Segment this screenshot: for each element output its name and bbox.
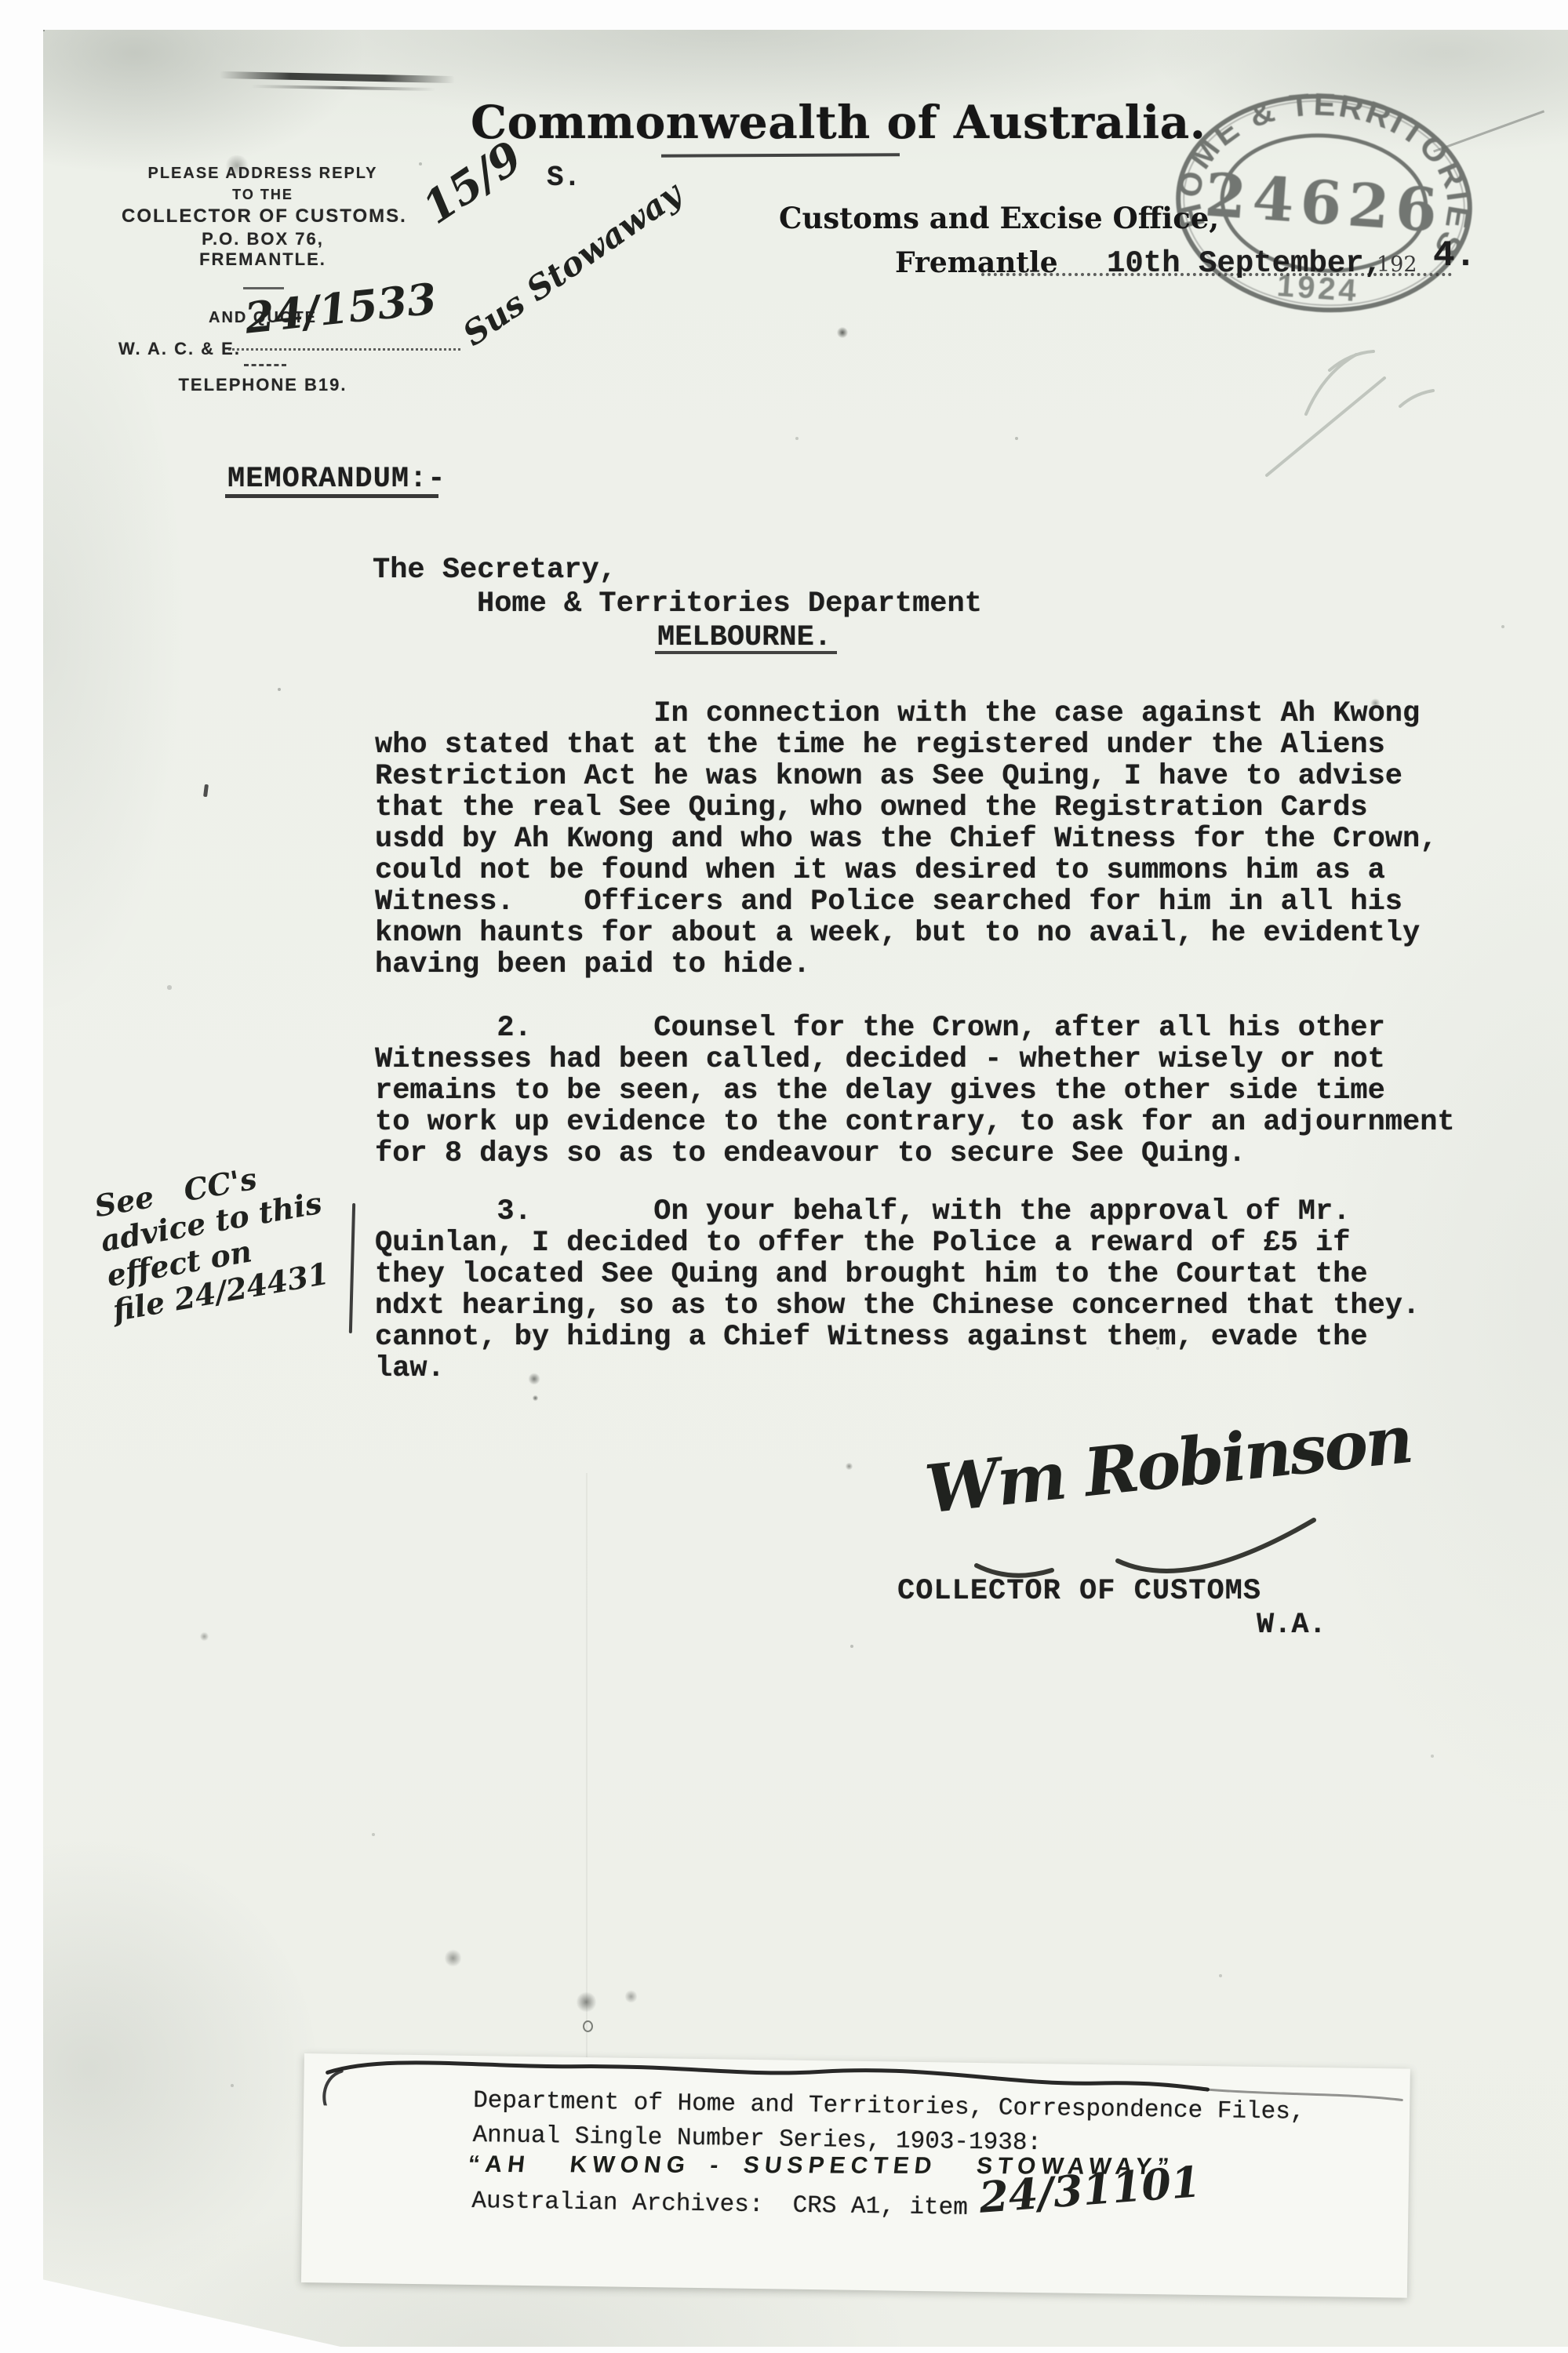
stamp-number: 24626 <box>1202 159 1446 245</box>
addressee-line-2: Home & Territories Department <box>477 587 982 620</box>
ink-ring <box>583 2020 593 2032</box>
reply-line-2: TO THE <box>122 187 404 203</box>
ink-tick <box>203 784 209 797</box>
archive-caption-slip: Department of Home and Territories, Corr… <box>301 2053 1410 2298</box>
fold-line <box>586 1473 588 2100</box>
margin-note-handwritten: See CC's advice to this effect on file 2… <box>92 1150 337 1328</box>
body-paragraph-2: 2. Counsel for the Crown, after all his … <box>375 1013 1455 1169</box>
quote-prefix: W. A. C. & E. <box>118 339 241 359</box>
addressee-line-3: MELBOURNE. <box>657 621 831 654</box>
scan-noise-specks <box>43 30 45 31</box>
ink-dot <box>533 1395 538 1402</box>
signoff-region: W.A. <box>1257 1609 1326 1642</box>
telephone-line: TELEPHONE B19. <box>122 375 404 395</box>
ink-dot <box>200 1631 209 1642</box>
date-typed: 10th September, <box>1107 246 1382 281</box>
addressee-underline <box>655 651 837 654</box>
ink-dot <box>846 1462 853 1471</box>
series-mark: S. <box>547 162 580 194</box>
place-line: Fremantle <box>895 246 1058 279</box>
reply-line-4: P.O. BOX 76, <box>122 229 404 249</box>
office-line: Customs and Excise Office, <box>779 201 1219 235</box>
ink-streak <box>220 71 455 83</box>
memo-underline <box>225 494 438 498</box>
reply-line-5: FREMANTLE. <box>122 249 404 270</box>
year-typed: 4. <box>1433 235 1476 276</box>
body-paragraph-1: In connection with the case against Ah K… <box>375 698 1437 980</box>
signoff-title: COLLECTOR OF CUSTOMS <box>897 1575 1261 1608</box>
signature-flourish <box>922 1489 1361 1583</box>
quote-dashes <box>244 353 286 366</box>
slip-line-4: Australian Archives: CRS A1, item <box>471 2188 968 2222</box>
year-printed: 192 <box>1377 253 1417 277</box>
body-paragraph-3: 3. On your behalf, with the approval of … <box>375 1196 1420 1384</box>
reply-line-1: PLEASE ADDRESS REPLY <box>122 165 404 183</box>
addressee-line-1: The Secretary, <box>373 554 617 587</box>
ink-smudge <box>625 1989 637 2004</box>
page-title: Commonwealth of Australia. <box>471 96 1106 149</box>
ink-dot <box>837 326 848 339</box>
reply-line-3: COLLECTOR OF CUSTOMS. <box>122 205 404 227</box>
title-rule <box>661 153 900 157</box>
ink-smudge <box>445 1948 461 1968</box>
paper-sheet: Commonwealth of Australia. S. Customs an… <box>43 30 1568 2347</box>
memo-label: MEMORANDUM:- <box>227 463 446 496</box>
margin-mark-line <box>349 1203 355 1333</box>
pencil-squiggles <box>1220 289 1486 493</box>
scanned-memorandum: Commonwealth of Australia. S. Customs an… <box>0 0 1568 2353</box>
ink-streak-thin <box>251 85 435 91</box>
